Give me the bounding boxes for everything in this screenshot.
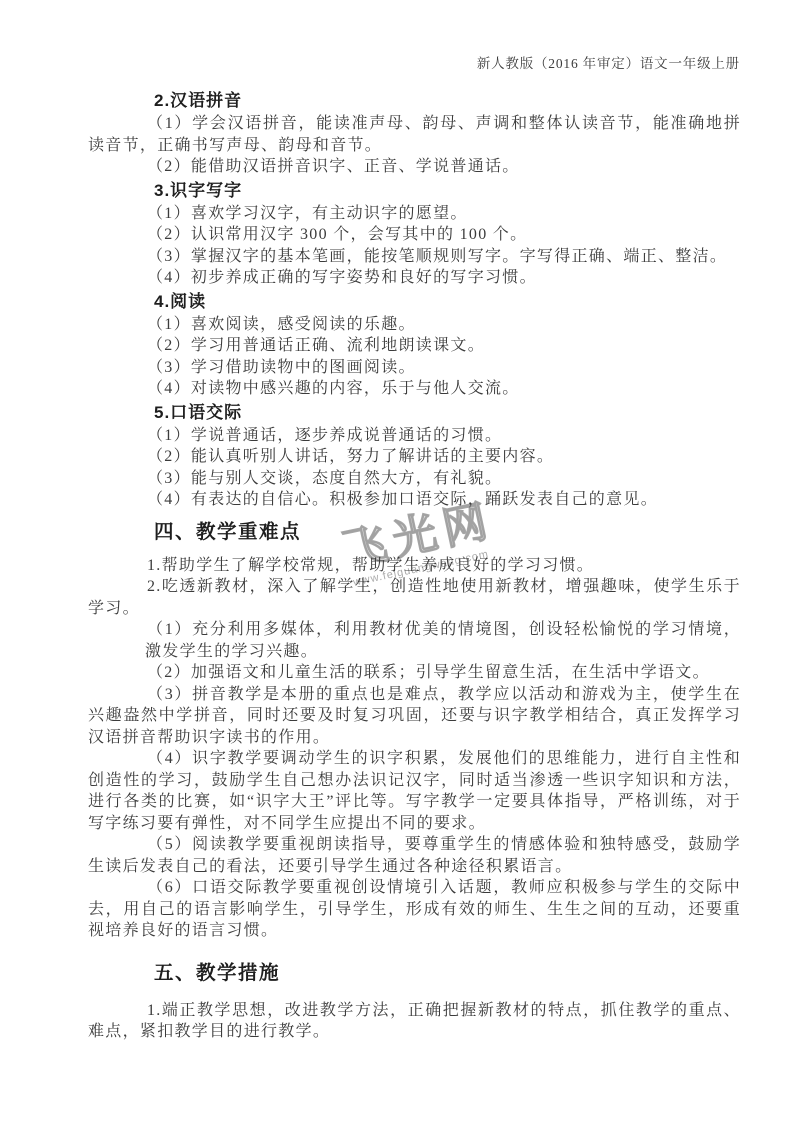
paragraph: （4）识字教学要调动学生的识字积累，发展他们的思维能力，进行自主性和创造性的学习… — [88, 748, 741, 834]
paragraph: 2.吃透新教材，深入了解学生，创造性地使用新教材，增强趣味，使学生乐于学习。 — [88, 576, 741, 619]
paragraph: （2）认识常用汉字 300 个，会写其中的 100 个。 — [88, 224, 741, 246]
sub-heading: 2.汉语拼音 — [154, 88, 741, 113]
paragraph: 1.帮助学生了解学校常规，帮助学生养成良好的学习习惯。 — [88, 555, 741, 577]
sub-heading: 4.阅读 — [154, 289, 741, 314]
paragraph: （3）学习借助读物中的图画阅读。 — [88, 357, 741, 379]
paragraph: 1.端正教学思想，改进教学方法，正确把握新教材的特点，抓住教学的重点、难点，紧扣… — [88, 1000, 741, 1043]
major-heading: 四、教学重难点 — [154, 519, 741, 545]
document-page: 新人教版（2016 年审定）语文一年级上册 飞光网 www.feiguangwa… — [0, 0, 793, 1122]
paragraph: （1）充分利用多媒体，利用教材优美的情境图，创设轻松愉悦的学习情境，激发学生的学… — [88, 619, 741, 662]
major-heading: 五、教学措施 — [154, 960, 741, 986]
paragraph: （3）拼音教学是本册的重点也是难点，教学应以活动和游戏为主，使学生在兴趣盎然中学… — [88, 684, 741, 749]
paragraph: （4）有表达的自信心。积极参加口语交际，踊跃发表自己的意见。 — [88, 489, 741, 511]
paragraph: （1）喜欢学习汉字，有主动识字的愿望。 — [88, 203, 741, 225]
paragraph: （2）加强语文和儿童生活的联系；引导学生留意生活，在生活中学语文。 — [88, 662, 741, 684]
paragraph: （1）喜欢阅读，感受阅读的乐趣。 — [88, 314, 741, 336]
paragraph: （3）掌握汉字的基本笔画，能按笔顺规则写字。字写得正确、端正、整洁。 — [88, 246, 741, 268]
paragraph: （6）口语交际教学要重视创设情境引入话题，教师应积极参与学生的交际中去，用自己的… — [88, 877, 741, 942]
paragraph: （3）能与别人交谈，态度自然大方，有礼貌。 — [88, 468, 741, 490]
paragraph: （5）阅读教学要重视朗读指导，要尊重学生的情感体验和独特感受，鼓励学生读后发表自… — [88, 834, 741, 877]
paragraph: （1）学说普通话，逐步养成说普通话的习惯。 — [88, 425, 741, 447]
sub-heading: 5.口语交际 — [154, 400, 741, 425]
paragraph: （1）学会汉语拼音，能读准声母、韵母、声调和整体认读音节，能准确地拼读音节，正确… — [88, 113, 741, 156]
paragraph: （2）学习用普通话正确、流利地朗读课文。 — [88, 335, 741, 357]
paragraph: （4）初步养成正确的写字姿势和良好的写字习惯。 — [88, 267, 741, 289]
paragraph: （4）对读物中感兴趣的内容，乐于与他人交流。 — [88, 378, 741, 400]
page-header-title: 新人教版（2016 年审定）语文一年级上册 — [477, 52, 740, 72]
document-body: 2.汉语拼音（1）学会汉语拼音，能读准声母、韵母、声调和整体认读音节，能准确地拼… — [88, 88, 741, 1043]
sub-heading: 3.识字写字 — [154, 178, 741, 203]
paragraph: （2）能认真听别人讲话，努力了解讲话的主要内容。 — [88, 446, 741, 468]
paragraph: （2）能借助汉语拼音识字、正音、学说普通话。 — [88, 156, 741, 178]
